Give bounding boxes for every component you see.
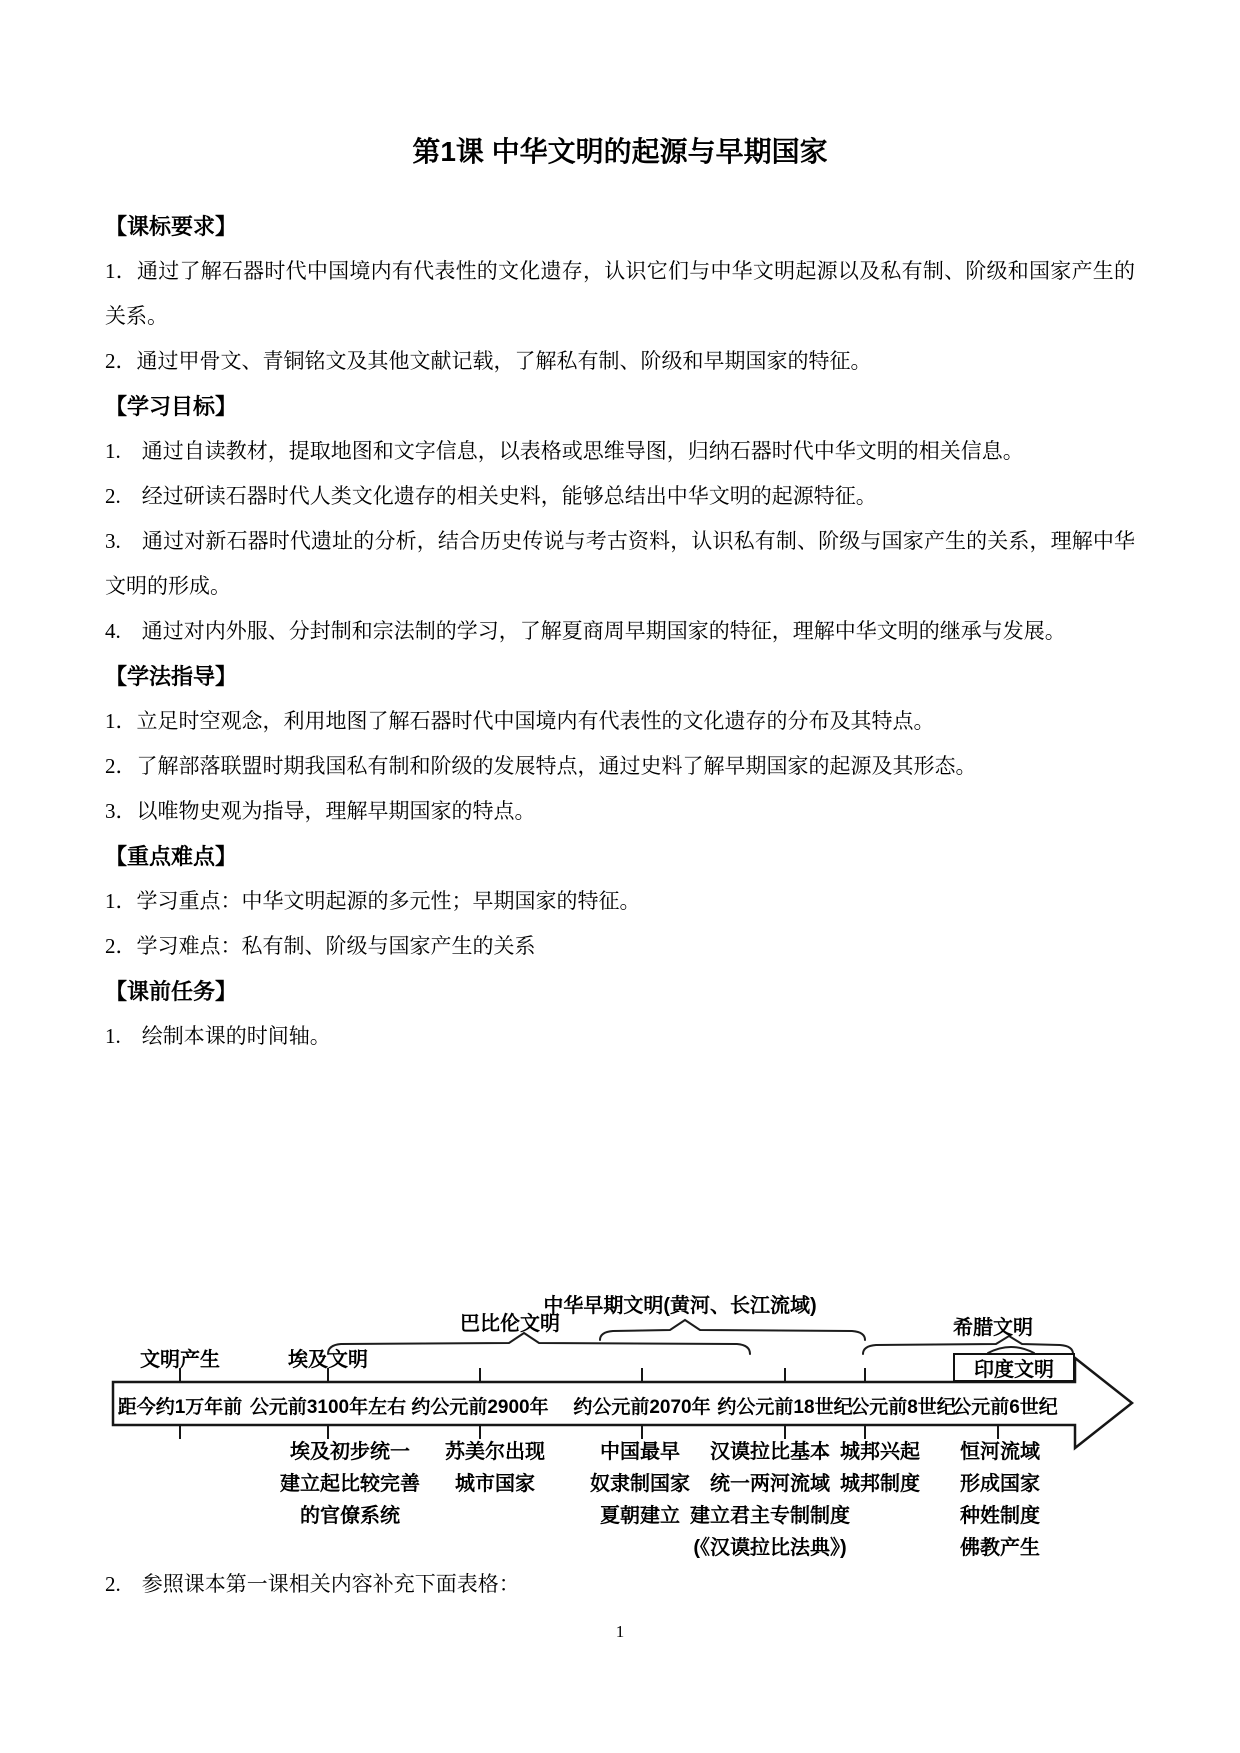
timeline-date: 公元前3100年左右 [250, 1392, 406, 1419]
event-line: 统一两河流域 [690, 1468, 850, 1500]
section-heading: 【学习目标】 [105, 384, 1135, 429]
event-line: 汉谟拉比基本 [690, 1436, 850, 1468]
document-body: 【课标要求】 1．通过了解石器时代中国境内有代表性的文化遗存，认识它们与中华文明… [105, 204, 1135, 1059]
timeline-date: 公元前6世纪 [952, 1392, 1058, 1419]
timeline-date: 距今约1万年前 [118, 1392, 243, 1419]
timeline-events-egypt: 埃及初步统一 建立起比较完善 的官僚系统 [280, 1436, 420, 1532]
event-line: (《汉谟拉比法典》) [690, 1532, 850, 1564]
section-learning-objectives: 【学习目标】 1. 通过自读教材，提取地图和文字信息，以表格或思维导图，归纳石器… [105, 384, 1135, 654]
section-heading: 【学法指导】 [105, 654, 1135, 699]
event-line: 城市国家 [445, 1468, 545, 1500]
paragraph: 2．了解部落联盟时期我国私有制和阶级的发展特点，通过史料了解早期国家的起源及其形… [105, 744, 1135, 789]
timeline-events-hammurabi: 汉谟拉比基本 统一两河流域 建立君主专制制度 (《汉谟拉比法典》) [690, 1436, 850, 1564]
event-line: 种姓制度 [960, 1500, 1040, 1532]
paragraph: 4. 通过对内外服、分封制和宗法制的学习，了解夏商周早期国家的特征，理解中华文明… [105, 609, 1135, 654]
section-curriculum-requirements: 【课标要求】 1．通过了解石器时代中国境内有代表性的文化遗存，认识它们与中华文明… [105, 204, 1135, 384]
event-line: 建立君主专制制度 [690, 1500, 850, 1532]
brace-babylon [328, 1333, 750, 1354]
timeline-label-india-box: 印度文明 [953, 1353, 1075, 1382]
event-line: 城邦制度 [840, 1468, 920, 1500]
event-line: 建立起比较完善 [280, 1468, 420, 1500]
timeline-label-greece: 希腊文明 [953, 1316, 1033, 1340]
event-line: 夏朝建立 [590, 1500, 690, 1532]
timeline-diagram: 中华早期文明(黄河、长江流域) 巴比伦文明 希腊文明 文明产生 埃及文明 印度文… [110, 1296, 1140, 1586]
event-line: 形成国家 [960, 1468, 1040, 1500]
event-line: 中国最早 [590, 1436, 690, 1468]
paragraph: 2．学习难点：私有制、阶级与国家产生的关系 [105, 924, 1135, 969]
paragraph: 1. 绘制本课的时间轴。 [105, 1014, 1135, 1059]
timeline-events-sumer: 苏美尔出现 城市国家 [445, 1436, 545, 1500]
paragraph: 2. 经过研读石器时代人类文化遗存的相关史料，能够总结出中华文明的起源特征。 [105, 474, 1135, 519]
event-line: 佛教产生 [960, 1532, 1040, 1564]
timeline-events-xia: 中国最早 奴隶制国家 夏朝建立 [590, 1436, 690, 1532]
event-line: 的官僚系统 [280, 1500, 420, 1532]
timeline-label-babylon: 巴比伦文明 [460, 1312, 560, 1336]
timeline-events-polis: 城邦兴起 城邦制度 [840, 1436, 920, 1500]
paragraph: 1．立足时空观念，利用地图了解石器时代中国境内有代表性的文化遗存的分布及其特点。 [105, 699, 1135, 744]
page-number: 1 [0, 1622, 1240, 1642]
event-line: 城邦兴起 [840, 1436, 920, 1468]
timeline-date: 约公元前2070年 [573, 1392, 710, 1419]
section-pre-class-tasks: 【课前任务】 1. 绘制本课的时间轴。 [105, 969, 1135, 1059]
event-line: 奴隶制国家 [590, 1468, 690, 1500]
paragraph: 2．通过甲骨文、青铜铭文及其他文献记载，了解私有制、阶级和早期国家的特征。 [105, 339, 1135, 384]
page-title: 第1课 中华文明的起源与早期国家 [0, 134, 1240, 170]
paragraph: 3. 通过对新石器时代遗址的分析，结合历史传说与考古资料，认识私有制、阶级与国家… [105, 519, 1135, 609]
task-2-text: 2. 参照课本第一课相关内容补充下面表格： [105, 1562, 1135, 1607]
timeline-date: 约公元前2900年 [411, 1392, 548, 1419]
timeline-date: 约公元前18世纪 [717, 1392, 852, 1419]
paragraph: 1. 通过自读教材，提取地图和文字信息，以表格或思维导图，归纳石器时代中华文明的… [105, 429, 1135, 474]
event-line: 恒河流域 [960, 1436, 1040, 1468]
timeline-label-india: 印度文明 [974, 1353, 1054, 1382]
timeline-label-origin: 文明产生 [140, 1348, 220, 1372]
timeline-label-early-china: 中华早期文明(黄河、长江流域) [543, 1294, 816, 1318]
paragraph: 1．通过了解石器时代中国境内有代表性的文化遗存，认识它们与中华文明起源以及私有制… [105, 249, 1135, 339]
timeline-date: 公元前8世纪 [850, 1392, 956, 1419]
section-heading: 【课标要求】 [105, 204, 1135, 249]
section-heading: 【课前任务】 [105, 969, 1135, 1014]
event-line: 埃及初步统一 [280, 1436, 420, 1468]
section-heading: 【重点难点】 [105, 834, 1135, 879]
timeline-label-egypt: 埃及文明 [288, 1348, 368, 1372]
paragraph: 1．学习重点：中华文明起源的多元性；早期国家的特征。 [105, 879, 1135, 924]
brace-early-china [600, 1320, 865, 1340]
section-key-difficult-points: 【重点难点】 1．学习重点：中华文明起源的多元性；早期国家的特征。 2．学习难点… [105, 834, 1135, 969]
section-study-method-guidance: 【学法指导】 1．立足时空观念，利用地图了解石器时代中国境内有代表性的文化遗存的… [105, 654, 1135, 834]
event-line: 苏美尔出现 [445, 1436, 545, 1468]
paragraph: 3．以唯物史观为指导，理解早期国家的特点。 [105, 789, 1135, 834]
timeline-events-ganges: 恒河流域 形成国家 种姓制度 佛教产生 [960, 1436, 1040, 1564]
document-page: 第1课 中华文明的起源与早期国家 【课标要求】 1．通过了解石器时代中国境内有代… [0, 0, 1240, 1753]
